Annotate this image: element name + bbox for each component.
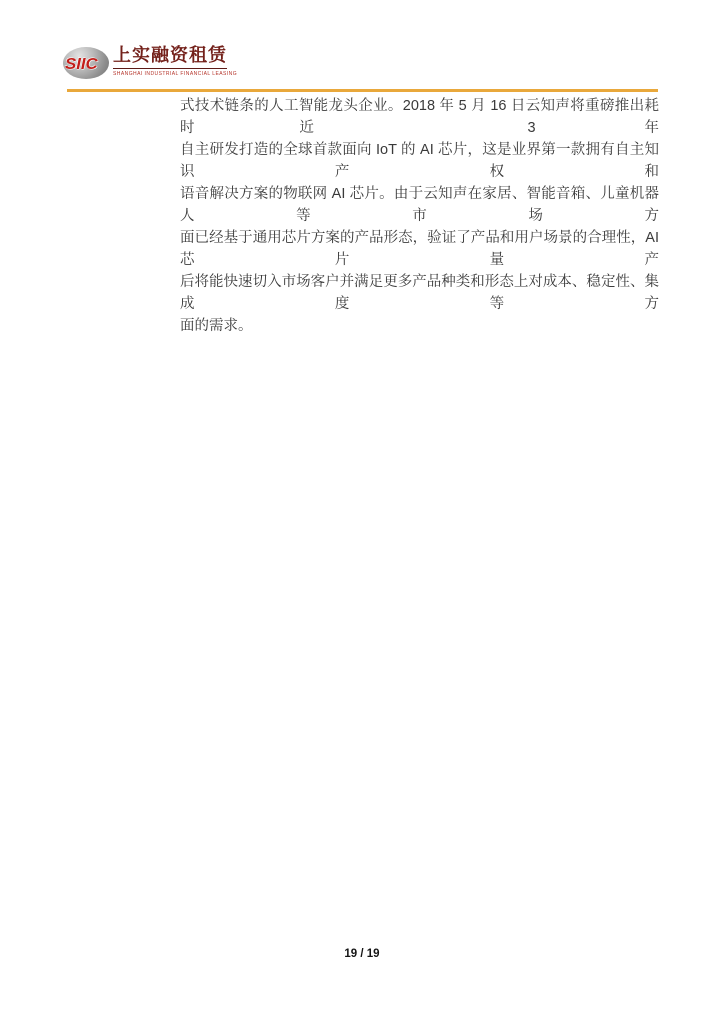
paragraph-line: 后将能快速切入市场客户并满足更多产品种类和形态上对成本、稳定性、集成度等方 — [180, 271, 659, 315]
body-paragraph: 式技术链条的人工智能龙头企业。2018 年 5 月 16 日云知声将重磅推出耗时… — [180, 95, 659, 337]
paragraph-line: 式技术链条的人工智能龙头企业。2018 年 5 月 16 日云知声将重磅推出耗时… — [180, 95, 659, 139]
document-page: SIIC 上实融资租赁 SHANGHAI INDUSTRIAL FINANCIA… — [0, 0, 724, 1023]
company-name-english: SHANGHAI INDUSTRIAL FINANCIAL LEASING — [113, 71, 237, 77]
page-number: 19 / 19 — [0, 948, 724, 960]
paragraph-line: 语音解决方案的物联网 AI 芯片。由于云知声在家居、智能音箱、儿童机器人等市场方 — [180, 183, 659, 227]
siic-logo-mark: SIIC — [65, 56, 98, 74]
header-divider-rule — [67, 89, 658, 92]
paragraph-line: 面的需求。 — [180, 315, 659, 337]
company-name-chinese: 上实融资租赁 — [113, 44, 227, 69]
logo-text-block: 上实融资租赁 SHANGHAI INDUSTRIAL FINANCIAL LEA… — [113, 44, 237, 77]
paragraph-line: 自主研发打造的全球首款面向 IoT 的 AI 芯片，这是业界第一款拥有自主知识产… — [180, 139, 659, 183]
paragraph-line: 面已经基于通用芯片方案的产品形态，验证了产品和用户场景的合理性，AI 芯片量产 — [180, 227, 659, 271]
company-logo: SIIC 上实融资租赁 SHANGHAI INDUSTRIAL FINANCIA… — [63, 44, 233, 82]
